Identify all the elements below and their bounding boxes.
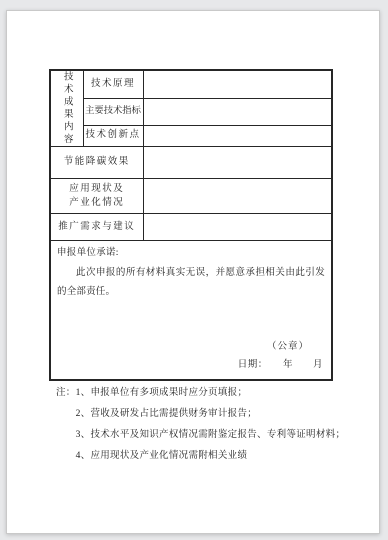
commitment-body: 此次申报的所有材料真实无误，并愿意承担相关由此引发的全部责任。 — [57, 264, 325, 301]
row-label-innovation: 技术创新点 — [83, 125, 143, 146]
row-label-promotion: 推广需求与建议 — [50, 214, 143, 241]
commitment-section: 申报单位承诺: 此次申报的所有材料真实无误，并愿意承担相关由此引发的全部责任。 … — [50, 241, 332, 381]
form-table: 技术成果内容 技术原理 主要技术指标 技术创新点 节能降碳效果 应用现状及 产业… — [49, 69, 333, 381]
date-line: 日期： 年 月 — [57, 358, 325, 373]
input-cell-application — [143, 179, 332, 214]
note-item: 1、申报单位有多项成果时应分页填报； — [76, 383, 346, 404]
note-item: 4、应用现状及产业化情况需附相关业绩 — [76, 446, 346, 467]
input-cell-innovation — [143, 125, 332, 146]
group-header-cell: 技术成果内容 — [50, 70, 83, 147]
commitment-title: 申报单位承诺: — [57, 247, 325, 260]
row-label-indicators: 主要技术指标 — [83, 98, 143, 125]
row-label-principle: 技术原理 — [83, 70, 143, 98]
input-cell-principle — [143, 70, 332, 98]
footnote-prefix: 注： — [56, 383, 76, 467]
official-seal-label: （公章） — [57, 341, 325, 354]
commitment-inner: 申报单位承诺: 此次申报的所有材料真实无误，并愿意承担相关由此引发的全部责任。 … — [51, 241, 331, 379]
input-cell-energy — [143, 147, 332, 179]
group-header-label: 技术成果内容 — [60, 71, 74, 146]
note-item: 3、技术水平及知识产权情况需附鉴定报告、专利等证明材料； — [76, 425, 346, 446]
input-cell-indicators — [143, 98, 332, 125]
footnote-list: 1、申报单位有多项成果时应分页填报； 2、营收及研发占比需提供财务审计报告； 3… — [76, 383, 346, 467]
document-page: 技术成果内容 技术原理 主要技术指标 技术创新点 节能降碳效果 应用现状及 产业… — [6, 10, 380, 534]
row-label-energy: 节能降碳效果 — [50, 147, 143, 179]
row-label-application: 应用现状及 产业化情况 — [50, 179, 143, 214]
note-item: 2、营收及研发占比需提供财务审计报告； — [76, 404, 346, 425]
footnotes: 注： 1、申报单位有多项成果时应分页填报； 2、营收及研发占比需提供财务审计报告… — [56, 383, 345, 467]
input-cell-promotion — [143, 214, 332, 241]
